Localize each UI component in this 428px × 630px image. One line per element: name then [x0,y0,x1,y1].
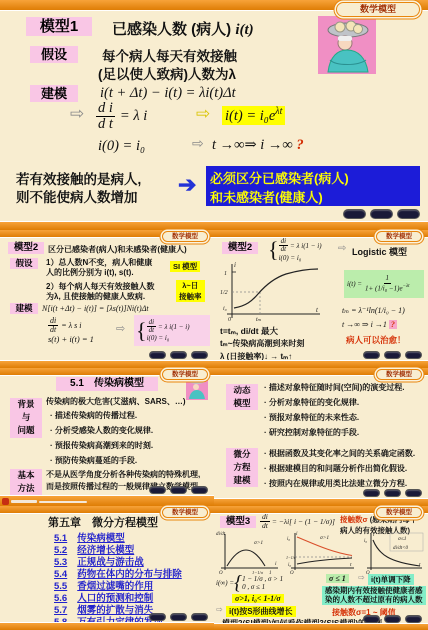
implies-arrow-icon: ⇨ [338,244,346,254]
axis-label-i: i [275,561,277,567]
i0-tick: i₀ [364,539,367,544]
implies-arrow-yellow-icon: ⇨ [196,105,210,122]
slide-nav-buttons [149,486,208,494]
logo-text-bar [39,501,87,503]
bullet-item: · 描述传染病的传播过程. [50,410,137,421]
nav-button[interactable] [149,486,166,494]
assumption1-line2: 人的比例分别为 i(t), s(t). [46,267,134,278]
slide-bottom-bar [0,221,428,230]
slide-model2-logistic: 数学模型 模型2 { didt = λ i(1 − i) i(0) = i₀ ⇨… [214,230,428,368]
tick-i0: i₀ [223,306,227,312]
math-model-badge: 数学模型 [336,2,420,17]
bullet-item: · 根据建模目的和问题分析作出简化假设. [264,463,407,474]
origin: O [290,571,294,574]
math-model-badge: 数学模型 [376,507,422,518]
tm-equation: tₘ = λ⁻¹ln(1/i₀ − 1) [342,306,405,315]
logo-emblem-icon [2,498,9,505]
bullet-item: · 研究控制对象特征的手段. [264,427,359,438]
ode-equation: d id t = λ i [96,101,147,132]
slide-bottom-bar [0,622,214,630]
implies-arrow-icon: ⇨ [116,324,125,335]
model3-label: 模型3 [220,516,256,528]
logo-text-bar [11,500,37,503]
conclusion-box: 必须区分已感染者(病人) 和未感染者(健康人) [206,166,420,206]
math-model-badge: 数学模型 [162,231,208,242]
bullet-item: · 预报对象特征的未来性态. [264,412,359,423]
background-label: 背景 与 问题 [10,398,42,438]
slide-nav-buttons [149,351,208,359]
i-t-sigma-gt1-chart: i i₀ σ>1 1−1/σ i₀ O t [286,528,358,574]
implies-arrow-icon: ⇨ [358,574,365,582]
math-model-badge: 数学模型 [162,507,208,518]
sigma-le-1: σ≤1 [398,536,407,542]
nav-button[interactable] [384,489,401,497]
bullet-item: · 分析受感染人数的变化规律. [50,425,153,436]
slide-chapter-toc: 数学模型 第五章 微分方程模型 5.1传染病模型 5.2经济增长模型 5.3正规… [0,506,214,630]
tick-1: 1 [224,271,227,277]
implies-arrow-icon: ⇨ [216,606,223,614]
math-model-badge: 数学模型 [376,231,422,242]
logistic-curve-chart: i 1 1/2 i₀ 0 tₘ t [220,260,324,322]
logistic-label: Logistic 模型 [352,245,407,258]
didt-parabola-chart: di/dt σ>1 O 1−1/σ 1 i [216,530,282,574]
initial-condition: i(0) = i₀ [98,138,145,155]
n-equation: N[i(t +Δt) − i(t)] = [λs(t)]Ni(t)Δt [42,304,149,313]
nav-button[interactable] [370,209,393,219]
university-logo [2,498,87,505]
slide-model2-si: 数学模型 模型2 区分已感染者(病人)和未感染者(健康人) 假设 1）总人数N不… [0,230,214,368]
slide-nav-buttons [363,489,422,497]
bullet-item: · 预报传染病高潮到来的时刻. [50,440,153,451]
slide-dynamic-model: 数学模型 动态 模型 · 描述对象特征随时间(空间)的演变过程. · 分析对象特… [214,368,428,506]
axis-label-didt: di/dt [216,532,226,537]
build-label: 建模 [10,303,38,314]
bullet-item: · 描述对象特征随时间(空间)的演变过程. [264,382,404,393]
sigma-gt-1: σ>1 [254,540,263,546]
nav-button[interactable] [405,615,422,623]
infection-explanation-box: 感染期内有效接触使健康者感 染的人数不超过原有的病人数 [322,586,426,605]
nav-button[interactable] [170,351,187,359]
slide-bottom-bar [214,360,428,368]
implies-arrow-icon: ⇨ [70,105,84,122]
asymptote-tick: 1−1/σ [286,555,297,560]
max-note: t=tₘ, di/dt 最大 [220,325,278,337]
tick-0: 0 [228,317,231,322]
axis-label-i: i [234,261,236,269]
s-curve-growth-highlight: i(t)按S形曲线增长 [226,606,296,617]
hypothesis-label: 假设 [10,258,38,269]
nav-button[interactable] [170,486,187,494]
math-model-badge: 数学模型 [376,369,422,380]
bullet-item: · 预防传染病蔓延的手段. [50,455,137,466]
blue-arrow-icon: ➔ [178,174,196,196]
slide-model1: 数学模型 模型1 已感染人数 (病人) i(t) 假设 每个病人每天有效接触 (… [0,0,428,230]
nav-button[interactable] [191,486,208,494]
nav-button[interactable] [363,351,380,359]
slide-bottom-bar [214,498,428,506]
monotone-decrease-box: i(t)单调下降 [368,574,414,585]
question-mark: ? [296,137,303,153]
intro-text: 传染病的极大危害(艾滋病、SARS、…) [46,396,186,407]
i0-red-tick: i₀ [287,537,290,542]
model2-label: 模型2 [222,242,258,254]
build-label: 建模 [30,85,78,102]
note-line2: 则不能使病人数增加 [16,186,138,206]
brace: { [268,240,279,260]
condition-highlight: σ>1, i₀< 1-1/σ [232,594,284,603]
hypothesis-label: 假设 [30,46,78,63]
system-box: { didt = λ i(1 − i) i(0) = i₀ [134,315,210,346]
solution-highlight: i(t) = i₀eλt [222,106,285,125]
brace: { [136,321,147,341]
cure-note: 病人可以治愈！ [346,334,406,346]
slide-nav-buttons [363,615,422,623]
didt-negative: di/dt<0 [393,546,409,551]
nav-button[interactable] [170,613,187,621]
peak-note: tₘ~传染病高潮到来时刻 [220,338,304,349]
ode-si: didt = λ s i [48,317,81,335]
si-model-badge: SI 模型 [170,261,200,272]
sigma-gt-1: σ>1 [320,535,329,541]
limit-row: t →∞ ⇒ i →1 ? [342,320,397,329]
bullet-item: · 分析对象特征的变化规律. [264,397,359,408]
nav-button[interactable] [191,351,208,359]
hypothesis-line2: (足以使人致病)人数为λ [98,63,236,83]
nav-button[interactable] [191,613,208,621]
slide-model3-sis: 数学模型 模型3 didt = −λi[ i − (1 − 1/σ)] 接触数σ… [214,506,428,630]
slide-nav-buttons [363,351,422,359]
assumption2-line2: 为λ, 且使接触的健康人致病. [46,291,145,302]
limit-statement: t →∞⇒ i →∞ ? [212,137,304,154]
bullet-item: · 按照内在规律或用类比法建立微分方程. [264,478,407,489]
tick-half: 1/2 [220,290,228,296]
lambda-rate-badge: λ~日 接触率 [176,280,205,302]
method-label: 基本 方法 [10,469,42,495]
model2-heading: 区分已感染者(病人)和未感染者(健康人) [48,244,187,255]
slide-bottom-bar [0,360,214,368]
math-model-badge: 数学模型 [162,369,208,380]
i0-tick: i₀ [288,563,291,568]
question-mark: ? [389,320,397,329]
note-line1: 若有效接触的是病人, [16,168,141,188]
logistic-solution-box: i(t) = 1 1+ (1/i₀ −1)e−λt [344,270,424,298]
bullet-item: · 根据函数及其变化率之间的关系确定函数. [264,448,415,459]
model1-label: 模型1 [26,17,92,36]
nav-button[interactable] [363,489,380,497]
method-line1: 不是从医学角度分析各种传染病的特殊机理, [46,469,200,480]
axis-label-i: i [296,531,298,537]
tick-tm: tₘ [256,317,262,322]
nav-button[interactable] [343,209,366,219]
doctor-illustration-image [318,16,376,74]
nav-button[interactable] [149,351,166,359]
nav-button[interactable] [384,351,401,359]
system: { didt = λ i(1 − i) i(0) = i₀ [268,238,322,262]
nav-button[interactable] [405,351,422,359]
brace: { [234,574,242,592]
slide-bottom-bar [214,623,428,630]
nav-button[interactable] [405,489,422,497]
hypothesis-line1: 每个病人每天有效接触 [102,45,237,65]
nav-button[interactable] [384,615,401,623]
implies-arrow-icon: ⇨ [192,136,204,150]
ode-modeling-label: 微分 方程 建模 [226,448,258,487]
sum-equation: s(t) + i(t) = 1 [48,334,94,344]
axis-label-t: t [350,562,352,568]
axis-label-t: t [316,306,319,314]
slide-section-intro: 数学模型 5.1 传染病模型 背景 与 问题 传染病的极大危害(艾滋病、SARS… [0,368,214,506]
nav-button[interactable] [149,613,166,621]
sigma-le1-box: σ ≤ 1 [326,574,349,583]
dynamic-model-label: 动态 模型 [226,384,258,410]
difference-equation: i(t + Δt) − i(t) = λi(t)Δt [100,85,236,102]
axis-label-i: i [373,532,375,538]
axis-label-t: t [419,562,421,568]
i-t-sigma-le1-chart: i i₀ σ≤1 di/dt<0 O t [362,528,426,574]
nav-button[interactable] [363,615,380,623]
nav-button[interactable] [397,209,420,219]
slide-nav-buttons [149,613,208,621]
slide-nav-buttons [343,209,420,219]
chapter-title: 第五章 微分方程模型 [48,514,158,530]
model2-label: 模型2 [8,242,44,254]
section-title: 5.1 传染病模型 [56,377,158,391]
limit-cases: i(∞) = { 1 − 1/σ , σ > 1 0 , σ ≤ 1 [216,574,283,592]
model1-title: 已感染人数 (病人) i(t) [112,18,254,39]
